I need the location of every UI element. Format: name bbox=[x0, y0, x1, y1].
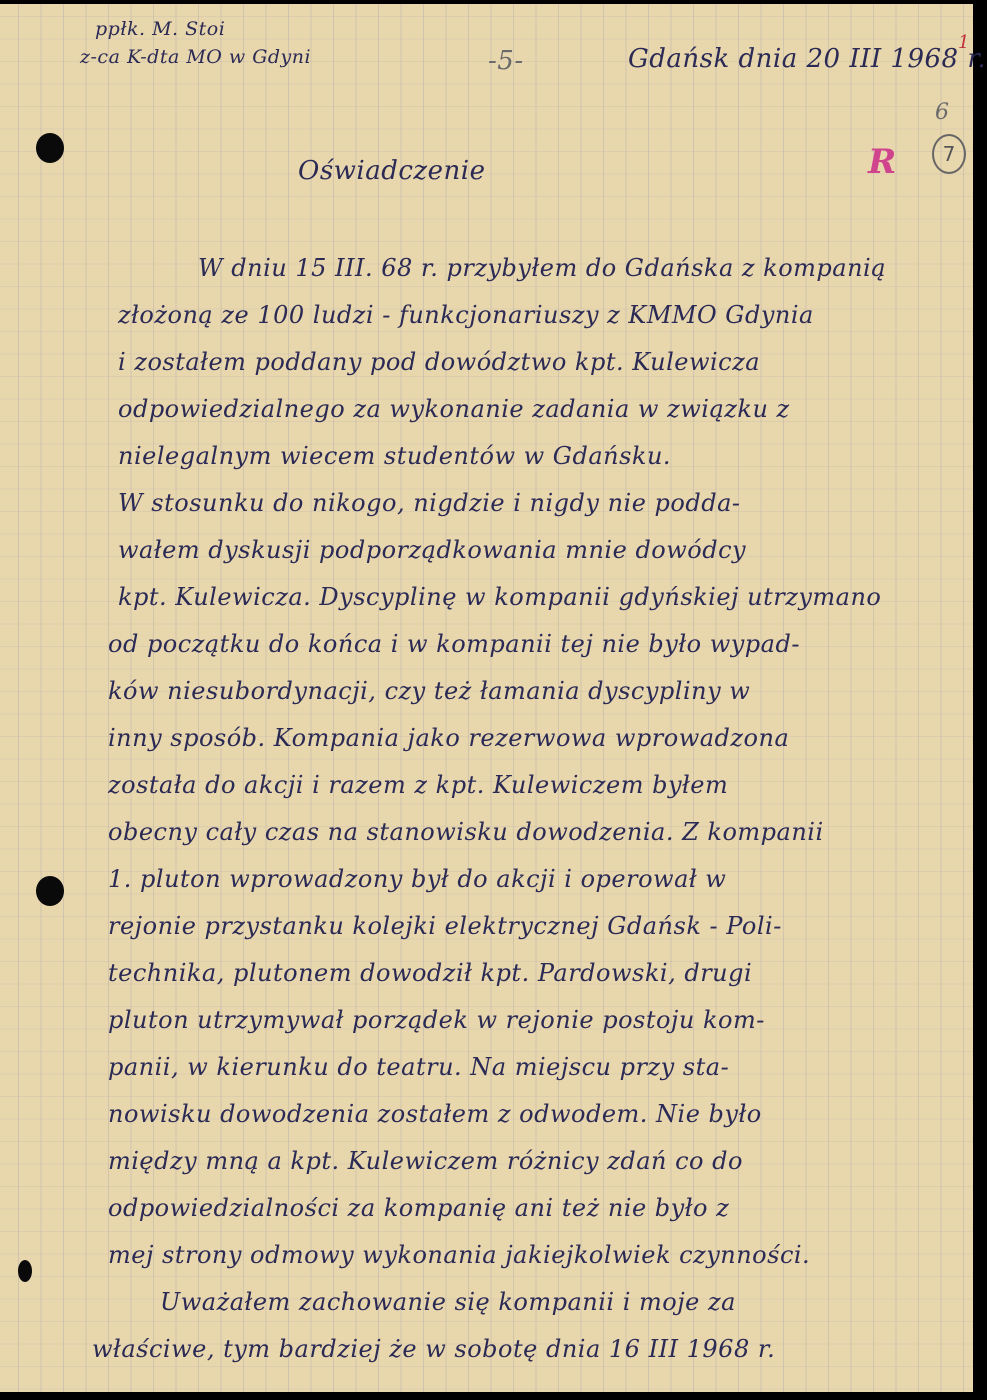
body-line: i zostałem poddany pod dowództwo kpt. Ku… bbox=[118, 348, 760, 376]
body-line: 1. pluton wprowadzony był do akcji i ope… bbox=[108, 865, 726, 893]
body-line: została do akcji i razem z kpt. Kulewicz… bbox=[108, 771, 728, 799]
author-line-2: z-ca K-dta MO w Gdyni bbox=[80, 44, 311, 70]
pencil-mark: -5- bbox=[488, 46, 524, 76]
body-line: ków niesubordynacji, czy też łamania dys… bbox=[108, 677, 750, 705]
pencil-number: 6 bbox=[935, 100, 950, 125]
punch-hole-bottom bbox=[18, 1260, 32, 1282]
body-line: inny sposób. Kompania jako rezerwowa wpr… bbox=[108, 724, 789, 752]
body-line: W dniu 15 III. 68 r. przybyłem do Gdańsk… bbox=[198, 254, 886, 282]
document-page: ppłk. M. Stoi z-ca K-dta MO w Gdyni -5- … bbox=[0, 4, 973, 1392]
body-line: odpowiedzialności za kompanię ani też ni… bbox=[108, 1194, 729, 1222]
body-line: W stosunku do nikogo, nigdzie i nigdy ni… bbox=[118, 489, 741, 517]
body-line: złożoną ze 100 ludzi - funkcjonariuszy z… bbox=[118, 301, 814, 329]
body-line: mej strony odmowy wykonania jakiejkolwie… bbox=[108, 1241, 810, 1269]
body-line: technika, plutonem dowodził kpt. Pardows… bbox=[108, 959, 752, 987]
body-line: rejonie przystanku kolejki elektrycznej … bbox=[108, 912, 782, 940]
body-line: Uważałem zachowanie się kompanii i moje … bbox=[160, 1288, 736, 1316]
body-line: od początku do końca i w kompanii tej ni… bbox=[108, 630, 800, 658]
magenta-mark: R bbox=[868, 142, 897, 182]
body-line: wałem dyskusji podporządkowania mnie dow… bbox=[118, 536, 746, 564]
punch-hole-middle bbox=[36, 876, 64, 906]
body-line: odpowiedzialnego za wykonanie zadania w … bbox=[118, 395, 790, 423]
body-line: panii, w kierunku do teatru. Na miejscu … bbox=[108, 1053, 729, 1081]
body-line: nielegalnym wiecem studentów w Gdańsku. bbox=[118, 442, 671, 470]
place-date: Gdańsk dnia 20 III 1968 r. bbox=[628, 44, 986, 74]
body-line: kpt. Kulewicza. Dyscyplinę w kompanii gd… bbox=[118, 583, 881, 611]
body-line: między mną a kpt. Kulewiczem różnicy zda… bbox=[108, 1147, 743, 1175]
body-line: obecny cały czas na stanowisku dowodzeni… bbox=[108, 818, 824, 846]
circled-page-number: 7 bbox=[932, 134, 966, 174]
document-title: Oświadczenie bbox=[298, 156, 485, 186]
punch-hole-top bbox=[36, 133, 64, 163]
body-line: właściwe, tym bardziej że w sobotę dnia … bbox=[92, 1335, 775, 1363]
author-line-1: ppłk. M. Stoi bbox=[95, 16, 225, 42]
body-line: nowisku dowodzenia zostałem z odwodem. N… bbox=[108, 1100, 762, 1128]
red-page-number: 1 bbox=[958, 32, 970, 53]
body-line: pluton utrzymywał porządek w rejonie pos… bbox=[108, 1006, 765, 1034]
